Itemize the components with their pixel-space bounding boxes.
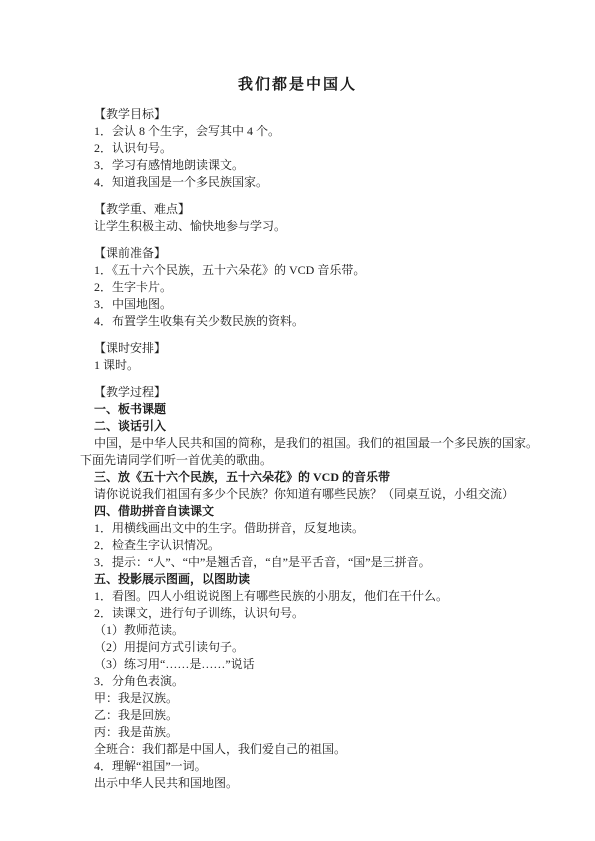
list-item: 全班合：我们都是中国人，我们爱自己的祖国。 <box>80 741 515 758</box>
section-key-difficult-points: 【教学重、难点】 让学生积极主动、愉快地参与学习。 <box>80 201 515 235</box>
list-item: 甲：我是汉族。 <box>80 690 515 707</box>
paragraph-line: 下面先请同学们听一首优美的歌曲。 <box>80 452 515 469</box>
list-item: 2．检查生字认识情况。 <box>80 537 515 554</box>
document-page: 我们都是中国人 【教学目标】 1．会认 8 个生字，会写其中 4 个。 2．认识… <box>0 0 595 841</box>
process-step-heading: 五、投影展示图画，以图助读 <box>80 571 515 588</box>
process-step-heading: 四、借助拼音自读课文 <box>80 503 515 520</box>
list-item: 3．提示：“人”、“中”是翘舌音，“自”是平舌音，“国”是三拼音。 <box>80 554 515 571</box>
list-item: 4．知道我国是一个多民族国家。 <box>80 174 515 191</box>
paragraph-line: 中国，是中华人民共和国的简称，是我们的祖国。我们的祖国最一个多民族的国家。 <box>80 435 515 452</box>
list-item: 1．看图。四人小组说说图上有哪些民族的小朋友，他们在干什么。 <box>80 588 515 605</box>
list-item: （2）用提问方式引读句子。 <box>80 639 515 656</box>
list-item: 3．中国地图。 <box>80 296 515 313</box>
section-heading: 【教学重、难点】 <box>80 201 515 218</box>
paragraph-line: 请你说说我们祖国有多少个民族？你知道有哪些民族？（同桌互说，小组交流） <box>80 486 515 503</box>
section-teaching-objectives: 【教学目标】 1．会认 8 个生字，会写其中 4 个。 2．认识句号。 3．学习… <box>80 106 515 191</box>
process-step-heading: 二、谈话引入 <box>80 418 515 435</box>
list-item: 3．学习有感情地朗读课文。 <box>80 157 515 174</box>
section-heading: 【课前准备】 <box>80 245 515 262</box>
list-item: 1．会认 8 个生字，会写其中 4 个。 <box>80 123 515 140</box>
list-item: 丙：我是苗族。 <box>80 724 515 741</box>
process-step-heading: 三、放《五十六个民族，五十六朵花》的 VCD 的音乐带 <box>80 469 515 486</box>
section-lesson-schedule: 【课时安排】 1 课时。 <box>80 340 515 374</box>
list-item: 3．分角色表演。 <box>80 673 515 690</box>
list-item: 2．认识句号。 <box>80 140 515 157</box>
list-item: 1．用横线画出文中的生字。借助拼音，反复地读。 <box>80 520 515 537</box>
list-item: 1．《五十六个民族，五十六朵花》的 VCD 音乐带。 <box>80 262 515 279</box>
section-heading: 【课时安排】 <box>80 340 515 357</box>
list-item: 2．生字卡片。 <box>80 279 515 296</box>
section-preparation: 【课前准备】 1．《五十六个民族，五十六朵花》的 VCD 音乐带。 2．生字卡片… <box>80 245 515 330</box>
section-heading: 【教学目标】 <box>80 106 515 123</box>
list-item: 4．理解“祖国”一词。 <box>80 758 515 775</box>
section-teaching-process: 【教学过程】 一、板书课题 二、谈话引入 中国，是中华人民共和国的简称，是我们的… <box>80 384 515 792</box>
paragraph-line: 1 课时。 <box>80 357 515 374</box>
section-heading: 【教学过程】 <box>80 384 515 401</box>
list-item: 2．读课文，进行句子训练，认识句号。 <box>80 605 515 622</box>
list-item: 出示中华人民共和国地图。 <box>80 775 515 792</box>
list-item: （1）教师范读。 <box>80 622 515 639</box>
list-item: 4．布置学生收集有关少数民族的资料。 <box>80 313 515 330</box>
list-item: （3）练习用“……是……”说话 <box>80 656 515 673</box>
paragraph-line: 让学生积极主动、愉快地参与学习。 <box>80 218 515 235</box>
process-step-heading: 一、板书课题 <box>80 401 515 418</box>
list-item: 乙：我是回族。 <box>80 707 515 724</box>
document-title: 我们都是中国人 <box>80 74 515 96</box>
